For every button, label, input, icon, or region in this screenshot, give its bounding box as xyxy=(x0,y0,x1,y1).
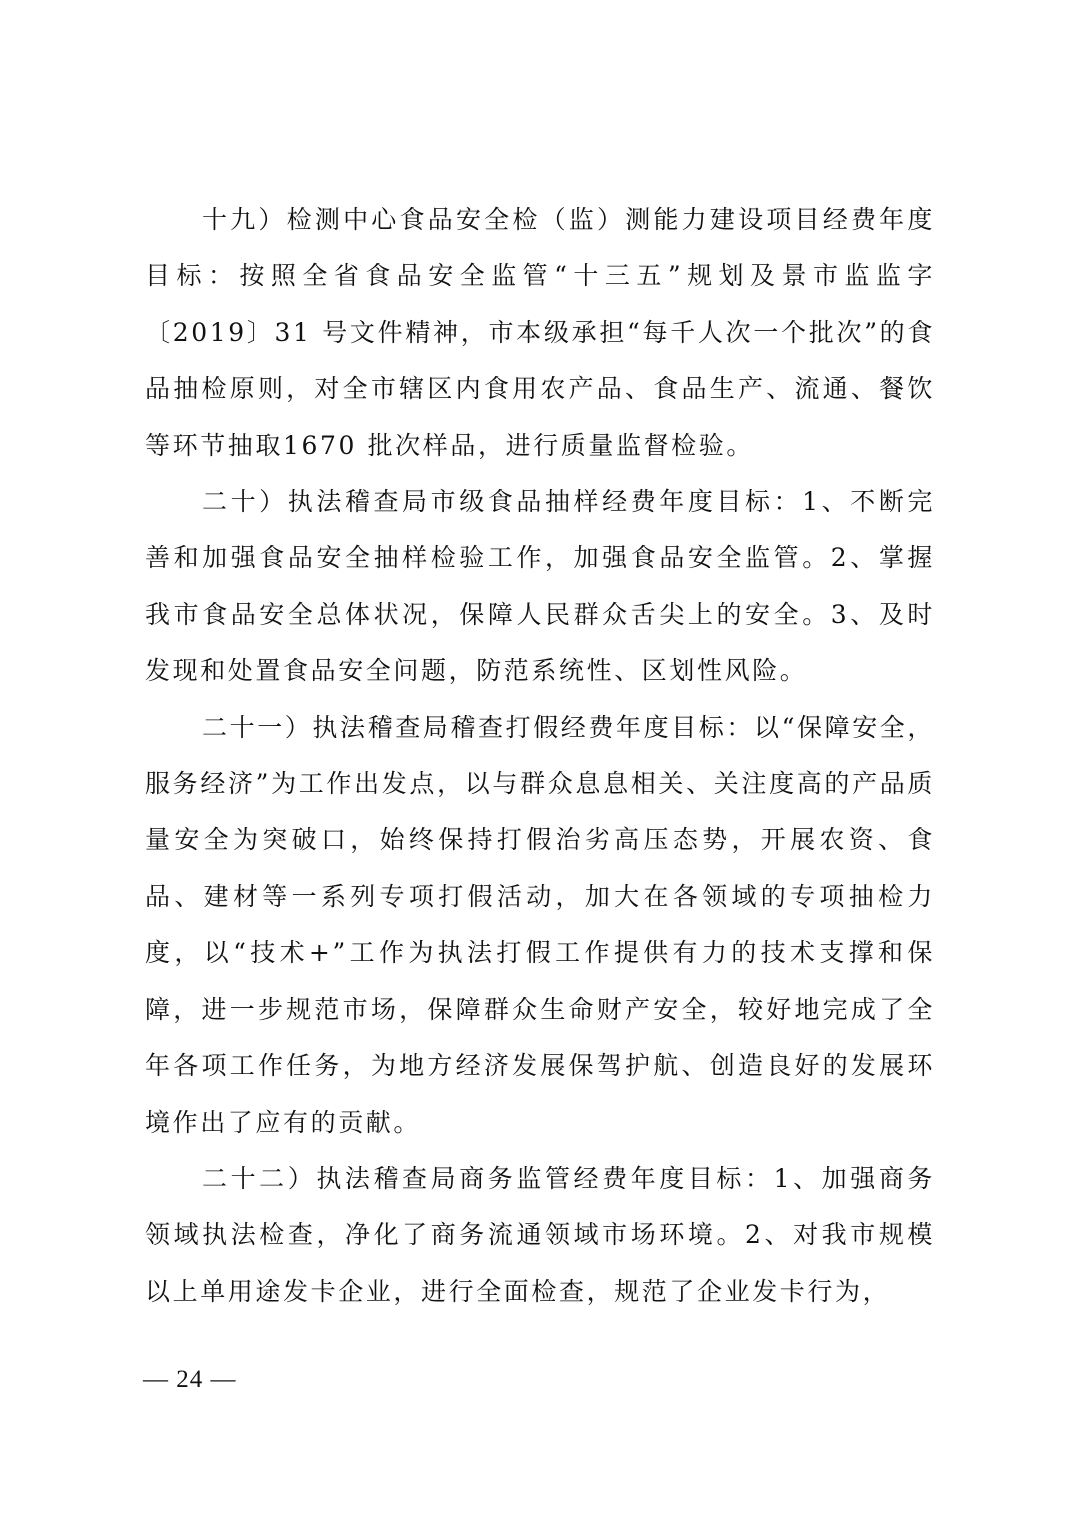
document-body: 十九）检测中心食品安全检（监）测能力建设项目经费年度目标：按照全省食品安全监管“… xyxy=(145,192,935,1320)
paragraph-twenty: 二十）执法稽查局市级食品抽样经费年度目标：1、不断完善和加强食品安全抽样检验工作… xyxy=(145,474,935,700)
paragraph-twenty-one: 二十一）执法稽查局稽查打假经费年度目标：以“保障安全，服务经济”为工作出发点，以… xyxy=(145,700,935,1151)
paragraph-twenty-two: 二十二）执法稽查局商务监管经费年度目标：1、加强商务领域执法检查，净化了商务流通… xyxy=(145,1151,935,1320)
page-number: — 24 — xyxy=(143,1366,237,1394)
paragraph-nineteen: 十九）检测中心食品安全检（监）测能力建设项目经费年度目标：按照全省食品安全监管“… xyxy=(145,192,935,474)
